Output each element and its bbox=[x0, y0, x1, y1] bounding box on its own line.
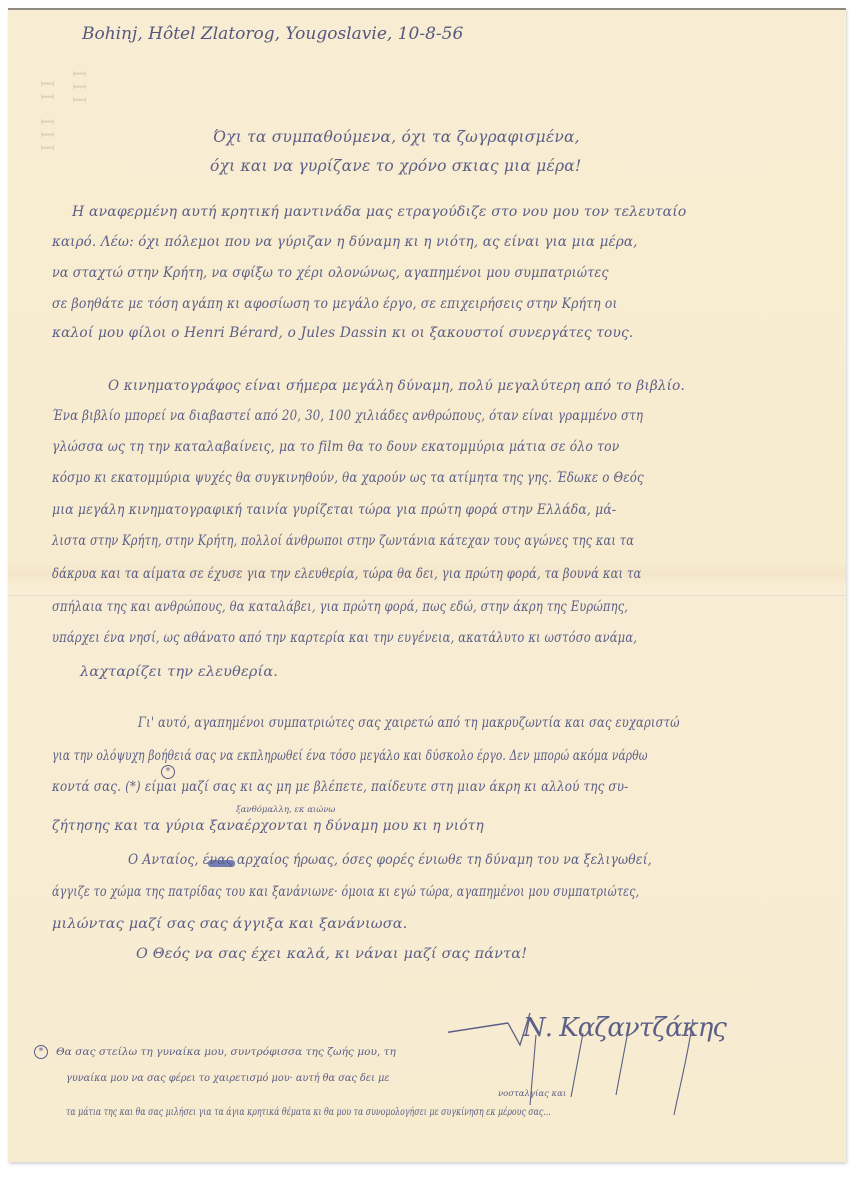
body-line: Ο Ανταίος, ένας αρχαίος ήρωας, όσες φορέ… bbox=[128, 852, 652, 868]
signature-name: Ν. Καζαντζάκης bbox=[523, 1013, 726, 1043]
postscript-line: γυναίκα μου να σας φέρει το χαιρετισμό μ… bbox=[66, 1072, 390, 1084]
body-line: σπήλαια της και ανθρώπους, θα καταλάβει,… bbox=[52, 599, 628, 615]
letter-page: ΙΙ ΙΙΙ ΙΙΙ Bohinj, Hôtel Zlatorog, Yougo… bbox=[8, 8, 846, 1162]
body-line: καλοί μου φίλοι ο Henri Bérard, ο Jules … bbox=[52, 325, 633, 341]
body-line: άγγιζε το χώμα της πατρίδας του και ξανά… bbox=[52, 884, 639, 900]
body-line: σε βοηθάτε με τόση αγάπη κι αφοσίωση το … bbox=[52, 296, 618, 312]
body-line: λαχταρίζει την ελευθερία. bbox=[80, 664, 278, 680]
interlinear-insert: ξανθόμαλλη, εκ αιώνω bbox=[236, 805, 335, 815]
asterisk-marker: * bbox=[161, 765, 175, 779]
epigraph-line-2: όχι και να γυρίζανε το χρόνο σκιας μια μ… bbox=[210, 157, 581, 175]
body-line: υπάρχει ένα νησί, ως αθάνατο από την καρ… bbox=[52, 630, 637, 646]
body-line: Ο Θεός να σας έχει καλά, κι νάναι μαζί σ… bbox=[136, 946, 527, 962]
postscript-line: τα μάτια της και θα σας μιλήσει για τα ά… bbox=[66, 1106, 551, 1118]
postscript-insert: νοσταλγίας και bbox=[498, 1089, 566, 1099]
body-line: Η αναφερμένη αυτή κρητική μαντινάδα μας … bbox=[72, 204, 686, 220]
body-line: για την ολόψυχη βοήθειά σας να εκπληρωθε… bbox=[52, 748, 648, 764]
ink-bleedthrough: ΙΙ ΙΙΙ bbox=[36, 80, 57, 157]
body-line: καιρό. Λέω: όχι πόλεμοι που να γύριζαν η… bbox=[52, 234, 638, 250]
body-line: μια μεγάλη κινηματογραφική ταινία γυρίζε… bbox=[52, 502, 616, 518]
postscript-asterisk: * bbox=[34, 1045, 48, 1059]
body-line: μιλώντας μαζί σας σας άγγιξα και ξανάνιω… bbox=[52, 916, 407, 932]
letter-place-date: Bohinj, Hôtel Zlatorog, Yougoslavie, 10-… bbox=[82, 24, 463, 44]
body-line: λιστα στην Κρήτη, στην Κρήτη, πολλοί άνθ… bbox=[52, 533, 634, 549]
paper-fold bbox=[8, 595, 846, 597]
body-line: να σταχτώ στην Κρήτη, να σφίξω το χέρι ο… bbox=[52, 265, 609, 281]
body-line: γλώσσα ως τη την καταλαβαίνεις, μα το fi… bbox=[52, 439, 620, 455]
body-line: Γι' αυτό, αγαπημένοι συμπατριώτες σας χα… bbox=[138, 715, 680, 731]
body-line: κοντά σας. (*) είμαι μαζί σας κι ας μη μ… bbox=[52, 779, 628, 795]
signature: Ν. Καζαντζάκης bbox=[448, 1005, 748, 1115]
postscript-line: Θα σας στείλω τη γυναίκα μου, συντρόφισσ… bbox=[56, 1046, 396, 1058]
body-line: κόσμο κι εκατομμύρια ψυχές θα συγκινηθού… bbox=[52, 470, 644, 486]
body-line: Ένα βιβλίο μπορεί να διαβαστεί από 20, 3… bbox=[52, 408, 643, 424]
body-line: Ο κινηματογράφος είναι σήμερα μεγάλη δύν… bbox=[108, 378, 685, 394]
epigraph-line-1: Όχι τα συμπαθούμενα, όχι τα ζωγραφισμένα… bbox=[213, 128, 580, 146]
ink-bleedthrough: ΙΙΙ bbox=[68, 70, 89, 109]
body-line: ζήτησης και τα γύρια ξαναέρχονται η δύνα… bbox=[52, 818, 484, 834]
body-line: δάκρυα και τα αίματα σε έχυσε για την ελ… bbox=[52, 566, 641, 582]
